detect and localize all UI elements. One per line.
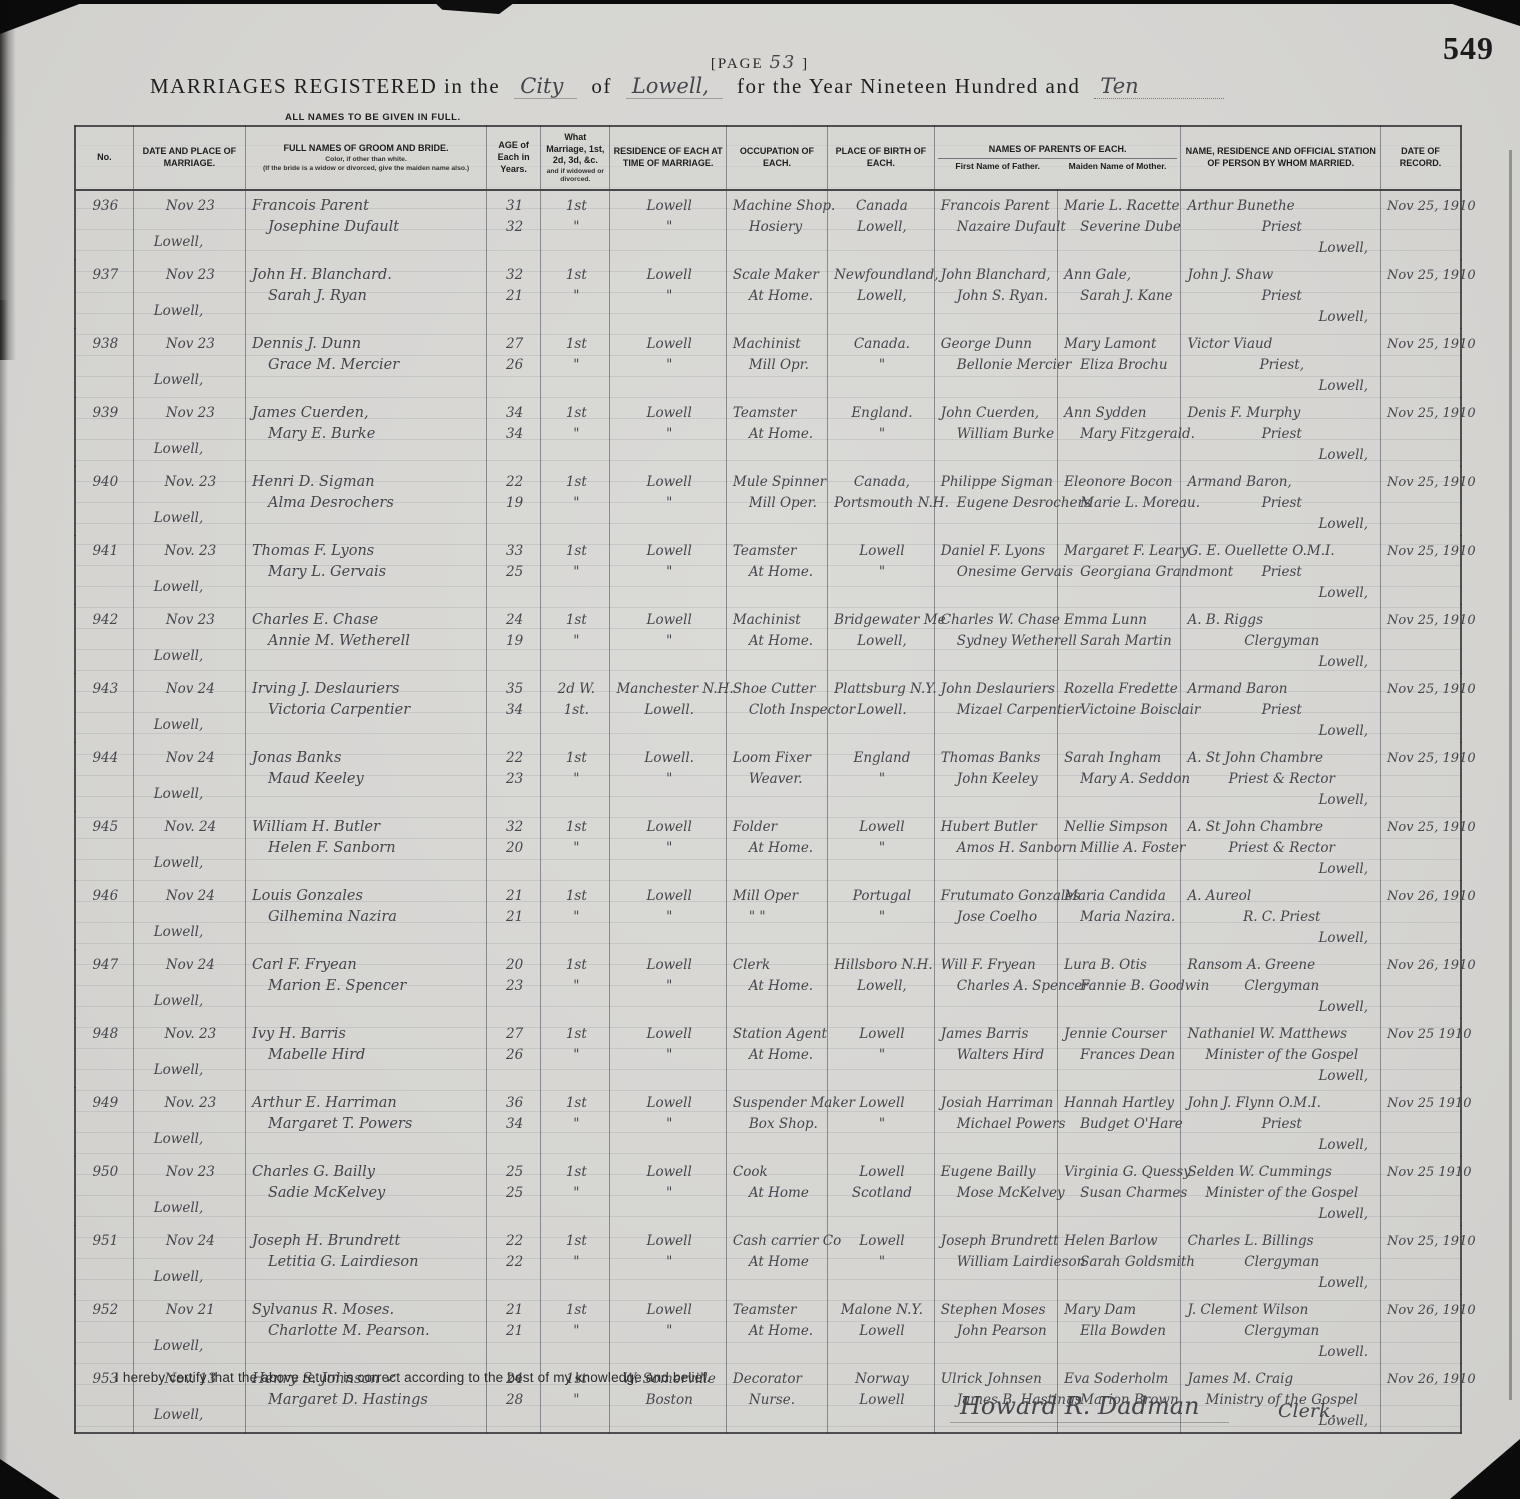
marriage-place: Lowell, bbox=[140, 853, 241, 874]
cell-occupation: Clerk At Home. bbox=[726, 950, 827, 1019]
marriage-place: Lowell, bbox=[140, 508, 241, 529]
marriage-date: Nov 24 bbox=[140, 955, 241, 976]
groom-birthplace: Canada, bbox=[834, 472, 930, 493]
officiant-title: Clergyman bbox=[1187, 1321, 1376, 1342]
bride-occupation: Mill Opr. bbox=[733, 355, 823, 376]
cell-date-of-record: Nov 25, 1910 bbox=[1381, 190, 1461, 260]
cell-father-names: Joseph Brundrett William Lairdieson bbox=[934, 1226, 1057, 1295]
groom-father-name: Hubert Butler bbox=[941, 817, 1053, 838]
bride-mother-name: Sarah J. Kane bbox=[1064, 286, 1176, 307]
cell-date-of-record: Nov 25, 1910 bbox=[1381, 605, 1461, 674]
cell-father-names: Eugene Bailly Mose McKelvey bbox=[934, 1157, 1057, 1226]
bride-marriage-number: " bbox=[547, 355, 605, 376]
cell-record-number: 948 bbox=[75, 1019, 133, 1088]
groom-name: Carl F. Fryean bbox=[252, 955, 482, 976]
groom-occupation: Loom Fixer bbox=[733, 748, 823, 769]
cell-record-number: 938 bbox=[75, 329, 133, 398]
cell-occupation: Machine Shop. Hosiery bbox=[726, 190, 827, 260]
cell-officiant: John J. Shaw Priest Lowell, bbox=[1181, 260, 1381, 329]
cell-occupation: Folder At Home. bbox=[726, 812, 827, 881]
record-number: 951 bbox=[82, 1231, 129, 1252]
cell-father-names: George Dunn Bellonie Mercier bbox=[934, 329, 1057, 398]
table-row: 937 Nov 23 Lowell, John H. Blanchard. Sa… bbox=[75, 260, 1461, 329]
cell-residence: Lowell " bbox=[610, 190, 726, 260]
cell-occupation: Station Agent At Home. bbox=[726, 1019, 827, 1088]
marriage-place: Lowell, bbox=[140, 784, 241, 805]
marriage-place: Lowell, bbox=[140, 991, 241, 1012]
bride-name: Mabelle Hird bbox=[252, 1045, 482, 1066]
bride-father-name: Nazaire Dufault bbox=[941, 217, 1053, 238]
bride-residence: " bbox=[616, 355, 721, 376]
cell-officiant: Armand Baron, Priest Lowell, bbox=[1181, 467, 1381, 536]
bride-residence: " bbox=[616, 1114, 721, 1135]
bride-age: 23 bbox=[493, 976, 536, 997]
bride-name: Sarah J. Ryan bbox=[252, 286, 482, 307]
cell-date-of-record: Nov 25 1910 bbox=[1381, 1088, 1461, 1157]
cell-ages: 35 34 bbox=[487, 674, 541, 743]
marriage-date: Nov. 23 bbox=[140, 1024, 241, 1045]
cell-date-place: Nov 23 Lowell, bbox=[133, 260, 245, 329]
officiant-title: Priest bbox=[1187, 700, 1376, 721]
groom-father-name: Frutumato Gonzales bbox=[941, 886, 1053, 907]
groom-occupation: Decorator bbox=[733, 1369, 823, 1390]
bride-age: 28 bbox=[493, 1390, 536, 1411]
groom-age: 33 bbox=[493, 541, 536, 562]
marriage-place: Lowell, bbox=[140, 1267, 241, 1288]
groom-birthplace: Lowell bbox=[834, 541, 930, 562]
title-blank-year: Ten bbox=[1094, 74, 1224, 99]
bride-name: Marion E. Spencer bbox=[252, 976, 482, 997]
ledger-page: 549 [PAGE 53 ] MARRIAGES REGISTERED in t… bbox=[0, 0, 1520, 1499]
groom-age: 32 bbox=[493, 817, 536, 838]
marriage-date: Nov. 24 bbox=[140, 817, 241, 838]
officiant-name: Victor Viaud bbox=[1187, 334, 1376, 355]
cell-officiant: Nathaniel W. Matthews Minister of the Go… bbox=[1181, 1019, 1381, 1088]
bride-age: 20 bbox=[493, 838, 536, 859]
clerk-signature: Howard R. Dadman bbox=[950, 1392, 1229, 1423]
bride-birthplace: Lowell bbox=[834, 1321, 930, 1342]
cell-father-names: Stephen Moses John Pearson bbox=[934, 1295, 1057, 1364]
table-row: 951 Nov 24 Lowell, Joseph H. Brundrett L… bbox=[75, 1226, 1461, 1295]
names-header-note2: (If the bride is a widow or divorced, gi… bbox=[249, 165, 483, 173]
groom-marriage-number: 1st bbox=[547, 886, 605, 907]
cell-father-names: Charles W. Chase Sydney Wetherell bbox=[934, 605, 1057, 674]
record-date: Nov 25 1910 bbox=[1387, 1093, 1456, 1114]
cell-ages: 34 34 bbox=[487, 398, 541, 467]
groom-residence: Lowell bbox=[616, 610, 721, 631]
record-number: 938 bbox=[82, 334, 129, 355]
cell-officiant: A. St John Chambre Priest & Rector Lowel… bbox=[1181, 743, 1381, 812]
bride-occupation: At Home bbox=[733, 1183, 823, 1204]
cell-mother-names: Hannah Hartley Budget O'Hare bbox=[1058, 1088, 1181, 1157]
bride-name: Margaret D. Hastings bbox=[252, 1390, 482, 1411]
marriage-place: Lowell, bbox=[140, 646, 241, 667]
cell-date-of-record: Nov 26, 1910 bbox=[1381, 1364, 1461, 1434]
cell-officiant: A. B. Riggs Clergyman Lowell, bbox=[1181, 605, 1381, 674]
cell-names: Louis Gonzales Gilhemina Nazira bbox=[245, 881, 486, 950]
bride-birthplace: Lowell, bbox=[834, 286, 930, 307]
groom-mother-name: Eleonore Bocon bbox=[1064, 472, 1176, 493]
cell-record-number: 946 bbox=[75, 881, 133, 950]
parents-header-mother: Maiden Name of Mother. bbox=[1058, 161, 1178, 172]
bride-name: Alma Desrochers bbox=[252, 493, 482, 514]
cell-residence: Lowell " bbox=[610, 1019, 726, 1088]
cell-names: Dennis J. Dunn Grace M. Mercier bbox=[245, 329, 486, 398]
cell-ages: 32 20 bbox=[487, 812, 541, 881]
cell-marriage-number: 1st " bbox=[541, 881, 610, 950]
record-number: 945 bbox=[82, 817, 129, 838]
record-date: Nov 26, 1910 bbox=[1387, 1369, 1456, 1390]
groom-birthplace: Bridgewater Me bbox=[834, 610, 930, 631]
cell-marriage-number: 1st " bbox=[541, 605, 610, 674]
page-label-suffix: ] bbox=[802, 56, 809, 72]
cell-names: Irving J. Deslauriers Victoria Carpentie… bbox=[245, 674, 486, 743]
groom-marriage-number: 1st bbox=[547, 196, 605, 217]
cell-residence: Lowell " bbox=[610, 881, 726, 950]
bride-age: 19 bbox=[493, 493, 536, 514]
cell-record-number: 952 bbox=[75, 1295, 133, 1364]
groom-mother-name: Maria Candida bbox=[1064, 886, 1176, 907]
marriage-date: Nov 24 bbox=[140, 886, 241, 907]
cell-father-names: Josiah Harriman Michael Powers bbox=[934, 1088, 1057, 1157]
officiant-name: Ransom A. Greene bbox=[1187, 955, 1376, 976]
cell-occupation: Cash carrier Co At Home bbox=[726, 1226, 827, 1295]
groom-residence: Lowell bbox=[616, 886, 721, 907]
groom-residence: Lowell bbox=[616, 1093, 721, 1114]
cell-residence: Lowell " bbox=[610, 398, 726, 467]
bride-occupation: Box Shop. bbox=[733, 1114, 823, 1135]
officiant-title: Priest bbox=[1187, 1114, 1376, 1135]
bride-name: Gilhemina Nazira bbox=[252, 907, 482, 928]
cell-birthplace: Lowell " bbox=[828, 1019, 935, 1088]
marriage-date: Nov. 23 bbox=[140, 1093, 241, 1114]
cell-ages: 22 23 bbox=[487, 743, 541, 812]
all-names-note: ALL NAMES TO BE GIVEN IN FULL. bbox=[285, 112, 461, 123]
groom-name: Louis Gonzales bbox=[252, 886, 482, 907]
bride-residence: " bbox=[616, 562, 721, 583]
bride-birthplace: Lowell bbox=[834, 1390, 930, 1411]
scan-edge-top bbox=[0, 0, 1520, 4]
groom-father-name: George Dunn bbox=[941, 334, 1053, 355]
marriage-date: Nov. 23 bbox=[140, 541, 241, 562]
cell-residence: Lowell " bbox=[610, 1157, 726, 1226]
cell-officiant: J. Clement Wilson Clergyman Lowell. bbox=[1181, 1295, 1381, 1364]
cell-father-names: Will F. Fryean Charles A. Spencer bbox=[934, 950, 1057, 1019]
bride-father-name: Mose McKelvey bbox=[941, 1183, 1053, 1204]
cell-occupation: Machinist At Home. bbox=[726, 605, 827, 674]
bride-mother-name: Frances Dean bbox=[1064, 1045, 1176, 1066]
groom-age: 22 bbox=[493, 748, 536, 769]
cell-date-of-record: Nov 25, 1910 bbox=[1381, 467, 1461, 536]
officiant-name: Charles L. Billings bbox=[1187, 1231, 1376, 1252]
header-row: No. DATE AND PLACE OF MARRIAGE. FULL NAM… bbox=[75, 126, 1461, 190]
groom-marriage-number: 1st bbox=[547, 1024, 605, 1045]
groom-mother-name: Marie L. Racette bbox=[1064, 196, 1176, 217]
cell-mother-names: Mary Lamont Eliza Brochu bbox=[1058, 329, 1181, 398]
groom-father-name: Joseph Brundrett bbox=[941, 1231, 1053, 1252]
record-number: 946 bbox=[82, 886, 129, 907]
cell-marriage-number: 1st " bbox=[541, 1157, 610, 1226]
cell-officiant: Denis F. Murphy Priest Lowell, bbox=[1181, 398, 1381, 467]
bride-birthplace: " bbox=[834, 1252, 930, 1273]
bride-occupation: " " bbox=[733, 907, 823, 928]
record-date: Nov 26, 1910 bbox=[1387, 1300, 1456, 1321]
officiant-title: Minister of the Gospel bbox=[1187, 1183, 1376, 1204]
cell-officiant: Selden W. Cummings Minister of the Gospe… bbox=[1181, 1157, 1381, 1226]
officiant-title: Priest bbox=[1187, 424, 1376, 445]
officiant-name: Arthur Bunethe bbox=[1187, 196, 1376, 217]
groom-birthplace: Norway bbox=[834, 1369, 930, 1390]
cell-occupation: Machinist Mill Opr. bbox=[726, 329, 827, 398]
groom-mother-name: Virginia G. Quessy bbox=[1064, 1162, 1176, 1183]
bride-name: Maud Keeley bbox=[252, 769, 482, 790]
bride-birthplace: Scotland bbox=[834, 1183, 930, 1204]
groom-mother-name: Rozella Fredette bbox=[1064, 679, 1176, 700]
bride-occupation: At Home. bbox=[733, 1045, 823, 1066]
groom-name: Sylvanus R. Moses. bbox=[252, 1300, 482, 1321]
groom-age: 27 bbox=[493, 1024, 536, 1045]
groom-name: Charles G. Bailly bbox=[252, 1162, 482, 1183]
groom-residence: Lowell bbox=[616, 265, 721, 286]
groom-occupation: Teamster bbox=[733, 1300, 823, 1321]
groom-residence: Lowell bbox=[616, 1024, 721, 1045]
cell-occupation: Suspender Maker Box Shop. bbox=[726, 1088, 827, 1157]
bride-mother-name: Marie L. Moreau. bbox=[1064, 493, 1176, 514]
officiant-title: R. C. Priest bbox=[1187, 907, 1376, 928]
bride-marriage-number: " bbox=[547, 562, 605, 583]
bride-residence: " bbox=[616, 1321, 721, 1342]
cell-officiant: A. Aureol R. C. Priest Lowell, bbox=[1181, 881, 1381, 950]
marriage-place: Lowell, bbox=[140, 1060, 241, 1081]
marriage-date: Nov 24 bbox=[140, 679, 241, 700]
cell-date-of-record: Nov 26, 1910 bbox=[1381, 1295, 1461, 1364]
groom-father-name: John Deslauriers bbox=[941, 679, 1053, 700]
cell-record-number: 940 bbox=[75, 467, 133, 536]
table-row: 946 Nov 24 Lowell, Louis Gonzales Gilhem… bbox=[75, 881, 1461, 950]
bride-mother-name: Victoine Boisclair bbox=[1064, 700, 1176, 721]
cell-date-of-record: Nov 25, 1910 bbox=[1381, 536, 1461, 605]
bride-occupation: At Home. bbox=[733, 286, 823, 307]
groom-birthplace: Canada. bbox=[834, 334, 930, 355]
cell-date-place: Nov. 24 Lowell, bbox=[133, 812, 245, 881]
cell-names: Charles E. Chase Annie M. Wetherell bbox=[245, 605, 486, 674]
groom-residence: Lowell bbox=[616, 1231, 721, 1252]
bride-birthplace: Portsmouth N.H. bbox=[834, 493, 930, 514]
bride-mother-name: Fannie B. Goodwin bbox=[1064, 976, 1176, 997]
bride-residence: " bbox=[616, 286, 721, 307]
groom-residence: Lowell bbox=[616, 955, 721, 976]
cell-birthplace: England " bbox=[828, 743, 935, 812]
cell-mother-names: Maria Candida Maria Nazira. bbox=[1058, 881, 1181, 950]
officiant-name: Armand Baron bbox=[1187, 679, 1376, 700]
title-part2: of bbox=[591, 74, 612, 99]
cell-ages: 33 25 bbox=[487, 536, 541, 605]
col-header-residence: RESIDENCE OF EACH AT TIME OF MARRIAGE. bbox=[610, 126, 726, 190]
table-row: 940 Nov. 23 Lowell, Henri D. Sigman Alma… bbox=[75, 467, 1461, 536]
groom-birthplace: Lowell bbox=[834, 1231, 930, 1252]
groom-age: 34 bbox=[493, 403, 536, 424]
cell-date-of-record: Nov 26, 1910 bbox=[1381, 950, 1461, 1019]
officiant-place: Lowell, bbox=[1187, 238, 1376, 259]
bride-occupation: At Home bbox=[733, 1252, 823, 1273]
cell-ages: 27 26 bbox=[487, 329, 541, 398]
bride-occupation: At Home. bbox=[733, 424, 823, 445]
bride-father-name: William Burke bbox=[941, 424, 1053, 445]
groom-name: John H. Blanchard. bbox=[252, 265, 482, 286]
officiant-name: Nathaniel W. Matthews bbox=[1187, 1024, 1376, 1045]
cell-ages: 25 25 bbox=[487, 1157, 541, 1226]
bride-marriage-number: " bbox=[547, 493, 605, 514]
record-date: Nov 25, 1910 bbox=[1387, 679, 1456, 700]
cell-date-of-record: Nov 25, 1910 bbox=[1381, 674, 1461, 743]
bride-birthplace: " bbox=[834, 424, 930, 445]
marriage-place: Lowell, bbox=[140, 922, 241, 943]
bride-age: 26 bbox=[493, 1045, 536, 1066]
officiant-place: Lowell, bbox=[1187, 721, 1376, 742]
record-date: Nov 26, 1910 bbox=[1387, 886, 1456, 907]
clerk-label: Clerk. bbox=[1278, 1400, 1337, 1422]
groom-birthplace: Malone N.Y. bbox=[834, 1300, 930, 1321]
cell-occupation: Cook At Home bbox=[726, 1157, 827, 1226]
cell-date-of-record: Nov 25 1910 bbox=[1381, 1157, 1461, 1226]
bride-birthplace: " bbox=[834, 769, 930, 790]
marriage-header-main: What Marriage, 1st, 2d, 3d, &c. bbox=[546, 132, 604, 165]
record-date: Nov 25, 1910 bbox=[1387, 265, 1456, 286]
bride-residence: " bbox=[616, 493, 721, 514]
table-row: 947 Nov 24 Lowell, Carl F. Fryean Marion… bbox=[75, 950, 1461, 1019]
cell-residence: Lowell " bbox=[610, 950, 726, 1019]
cell-birthplace: England. " bbox=[828, 398, 935, 467]
bride-mother-name: Susan Charmes bbox=[1064, 1183, 1176, 1204]
record-number: 942 bbox=[82, 610, 129, 631]
groom-occupation: Cash carrier Co bbox=[733, 1231, 823, 1252]
groom-birthplace: England bbox=[834, 748, 930, 769]
cell-date-place: Nov. 23 Lowell, bbox=[133, 1088, 245, 1157]
groom-age: 21 bbox=[493, 1300, 536, 1321]
groom-marriage-number: 1st bbox=[547, 403, 605, 424]
marriage-place: Lowell, bbox=[140, 715, 241, 736]
bride-age: 34 bbox=[493, 700, 536, 721]
cell-names: John H. Blanchard. Sarah J. Ryan bbox=[245, 260, 486, 329]
groom-father-name: Will F. Fryean bbox=[941, 955, 1053, 976]
groom-occupation: Machinist bbox=[733, 610, 823, 631]
groom-mother-name: Emma Lunn bbox=[1064, 610, 1176, 631]
record-number: 941 bbox=[82, 541, 129, 562]
groom-father-name: John Cuerden, bbox=[941, 403, 1053, 424]
cell-officiant: John J. Flynn O.M.I. Priest Lowell, bbox=[1181, 1088, 1381, 1157]
groom-father-name: Francois Parent bbox=[941, 196, 1053, 217]
table-row: 945 Nov. 24 Lowell, William H. Butler He… bbox=[75, 812, 1461, 881]
cell-occupation: Decorator Nurse. bbox=[726, 1364, 827, 1434]
marriage-place: Lowell, bbox=[140, 370, 241, 391]
bride-father-name: Mizael Carpentier bbox=[941, 700, 1053, 721]
record-date: Nov 25, 1910 bbox=[1387, 817, 1456, 838]
cell-mother-names: Sarah Ingham Mary A. Seddon bbox=[1058, 743, 1181, 812]
table-row: 941 Nov. 23 Lowell, Thomas F. Lyons Mary… bbox=[75, 536, 1461, 605]
groom-name: Henri D. Sigman bbox=[252, 472, 482, 493]
table-row: 952 Nov 21 Lowell, Sylvanus R. Moses. Ch… bbox=[75, 1295, 1461, 1364]
cell-officiant: Armand Baron Priest Lowell, bbox=[1181, 674, 1381, 743]
marriage-place: Lowell, bbox=[140, 439, 241, 460]
bride-mother-name: Severine Dube bbox=[1064, 217, 1176, 238]
cell-record-number: 945 bbox=[75, 812, 133, 881]
record-date: Nov 25, 1910 bbox=[1387, 403, 1456, 424]
col-header-birthplace: PLACE OF BIRTH OF EACH. bbox=[828, 126, 935, 190]
bride-age: 34 bbox=[493, 1114, 536, 1135]
groom-father-name: Daniel F. Lyons bbox=[941, 541, 1053, 562]
record-date: Nov 25 1910 bbox=[1387, 1024, 1456, 1045]
officiant-name: A. St John Chambre bbox=[1187, 748, 1376, 769]
cell-father-names: James Barris Walters Hird bbox=[934, 1019, 1057, 1088]
cell-names: William H. Butler Helen F. Sanborn bbox=[245, 812, 486, 881]
cell-occupation: Mule Spinner Mill Oper. bbox=[726, 467, 827, 536]
records-body: 936 Nov 23 Lowell, Francois Parent Josep… bbox=[75, 190, 1461, 1433]
cell-names: James Cuerden, Mary E. Burke bbox=[245, 398, 486, 467]
marriage-place: Lowell, bbox=[140, 301, 241, 322]
groom-residence: Lowell. bbox=[616, 748, 721, 769]
groom-occupation: Machine Shop. bbox=[733, 196, 823, 217]
cell-mother-names: Ann Gale, Sarah J. Kane bbox=[1058, 260, 1181, 329]
groom-name: Ivy H. Barris bbox=[252, 1024, 482, 1045]
groom-occupation: Cook bbox=[733, 1162, 823, 1183]
bride-marriage-number: " bbox=[547, 424, 605, 445]
groom-mother-name: Mary Dam bbox=[1064, 1300, 1176, 1321]
officiant-place: Lowell, bbox=[1187, 376, 1376, 397]
title-part1: MARRIAGES REGISTERED in the bbox=[150, 74, 500, 99]
groom-residence: Lowell bbox=[616, 196, 721, 217]
cell-date-place: Nov 23 Lowell, bbox=[133, 1157, 245, 1226]
cell-names: Thomas F. Lyons Mary L. Gervais bbox=[245, 536, 486, 605]
officiant-title: Priest bbox=[1187, 286, 1376, 307]
col-header-officiant: NAME, RESIDENCE AND OFFICIAL STATION OF … bbox=[1181, 126, 1381, 190]
bride-age: 32 bbox=[493, 217, 536, 238]
cell-birthplace: Lowell " bbox=[828, 1226, 935, 1295]
table-row: 936 Nov 23 Lowell, Francois Parent Josep… bbox=[75, 190, 1461, 260]
officiant-name: A. St John Chambre bbox=[1187, 817, 1376, 838]
groom-marriage-number: 1st bbox=[547, 817, 605, 838]
cell-occupation: Teamster At Home. bbox=[726, 536, 827, 605]
cell-record-number: 942 bbox=[75, 605, 133, 674]
bride-occupation: Weaver. bbox=[733, 769, 823, 790]
groom-mother-name: Margaret F. Leary bbox=[1064, 541, 1176, 562]
cell-occupation: Shoe Cutter Cloth Inspector bbox=[726, 674, 827, 743]
groom-marriage-number: 1st bbox=[547, 748, 605, 769]
cell-birthplace: Canada, Portsmouth N.H. bbox=[828, 467, 935, 536]
groom-marriage-number: 1st bbox=[547, 1231, 605, 1252]
cell-date-place: Nov. 23 Lowell, bbox=[133, 536, 245, 605]
record-number: 948 bbox=[82, 1024, 129, 1045]
cell-occupation: Scale Maker At Home. bbox=[726, 260, 827, 329]
bride-occupation: Mill Oper. bbox=[733, 493, 823, 514]
officiant-name: A. B. Riggs bbox=[1187, 610, 1376, 631]
groom-age: 22 bbox=[493, 472, 536, 493]
officiant-place: Lowell, bbox=[1187, 928, 1376, 949]
cell-date-of-record: Nov 25 1910 bbox=[1381, 1019, 1461, 1088]
bride-name: Josephine Dufault bbox=[252, 217, 482, 238]
bride-mother-name: Millie A. Foster bbox=[1064, 838, 1176, 859]
bride-father-name: Michael Powers bbox=[941, 1114, 1053, 1135]
groom-residence: Lowell bbox=[616, 1300, 721, 1321]
cell-birthplace: Norway Lowell bbox=[828, 1364, 935, 1434]
officiant-place: Lowell, bbox=[1187, 1135, 1376, 1156]
groom-mother-name: Helen Barlow bbox=[1064, 1231, 1176, 1252]
bride-residence: " bbox=[616, 1183, 721, 1204]
groom-occupation: Clerk bbox=[733, 955, 823, 976]
cell-birthplace: Canada Lowell, bbox=[828, 190, 935, 260]
certification-text: I hereby certify that the above return i… bbox=[115, 1370, 710, 1385]
names-header-main: FULL NAMES OF GROOM AND BRIDE. bbox=[284, 143, 449, 153]
bride-name: Margaret T. Powers bbox=[252, 1114, 482, 1135]
